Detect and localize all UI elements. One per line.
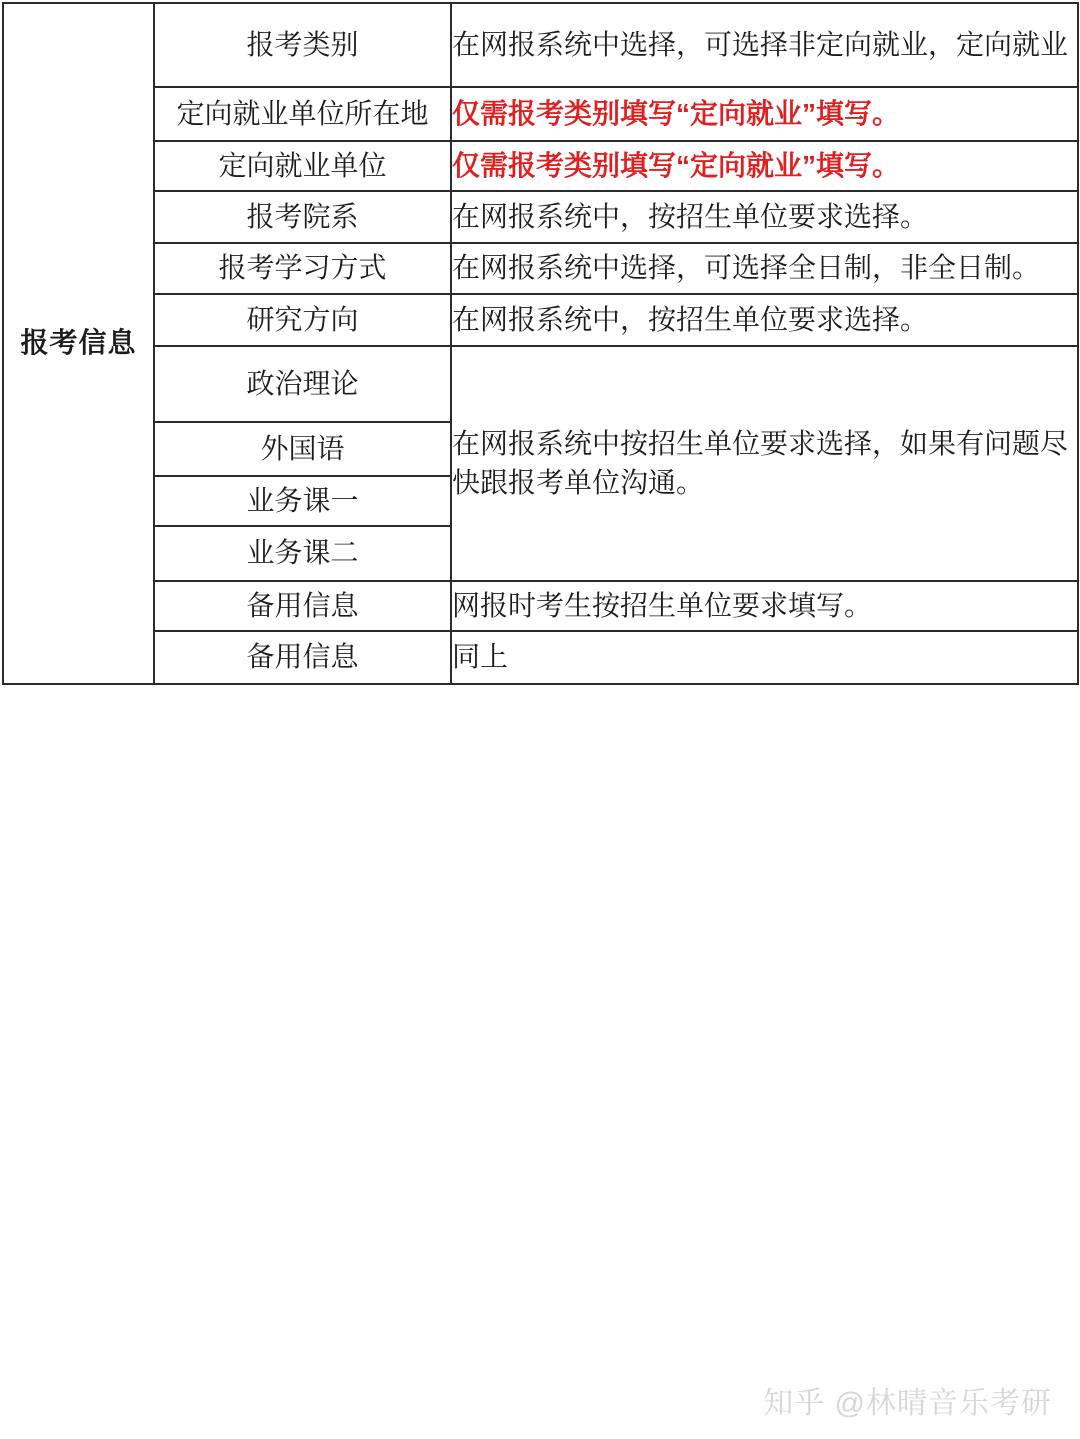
field-description: 网报时考生按招生单位要求填写。: [451, 581, 1078, 631]
registration-info-table: 报考信息 报考类别 在网报系统中选择，可选择非定向就业，定向就业 定向就业单位所…: [2, 2, 1079, 685]
table-row: 定向就业单位 仅需报考类别填写“定向就业”填写。: [3, 141, 1078, 191]
field-description-merged: 在网报系统中按招生单位要求选择，如果有问题尽快跟报考单位沟通。: [451, 346, 1078, 581]
table-row: 报考信息 报考类别 在网报系统中选择，可选择非定向就业，定向就业: [3, 3, 1078, 87]
field-label: 业务课一: [154, 476, 451, 526]
field-label: 定向就业单位所在地: [154, 87, 451, 141]
field-description: 同上: [451, 631, 1078, 684]
field-description-red: 仅需报考类别填写“定向就业”填写。: [451, 87, 1078, 141]
field-label: 报考学习方式: [154, 243, 451, 294]
field-description: 在网报系统中选择，可选择非定向就业，定向就业: [451, 3, 1078, 87]
table-row: 备用信息 网报时考生按招生单位要求填写。: [3, 581, 1078, 631]
field-label: 报考类别: [154, 3, 451, 87]
field-label: 外国语: [154, 422, 451, 476]
field-label: 备用信息: [154, 581, 451, 631]
field-label: 备用信息: [154, 631, 451, 684]
field-description: 在网报系统中选择，可选择全日制，非全日制。: [451, 243, 1078, 294]
table-row: 报考院系 在网报系统中，按招生单位要求选择。: [3, 191, 1078, 243]
field-label: 报考院系: [154, 191, 451, 243]
field-description-red: 仅需报考类别填写“定向就业”填写。: [451, 141, 1078, 191]
row-group-header: 报考信息: [3, 3, 154, 684]
field-label: 定向就业单位: [154, 141, 451, 191]
table-row: 政治理论 在网报系统中按招生单位要求选择，如果有问题尽快跟报考单位沟通。: [3, 346, 1078, 422]
zhihu-watermark: 知乎 @林晴音乐考研: [763, 1378, 1052, 1422]
table-row: 备用信息 同上: [3, 631, 1078, 684]
field-label: 业务课二: [154, 526, 451, 581]
table-row: 定向就业单位所在地 仅需报考类别填写“定向就业”填写。: [3, 87, 1078, 141]
page: 报考信息 报考类别 在网报系统中选择，可选择非定向就业，定向就业 定向就业单位所…: [0, 0, 1080, 1439]
table-row: 报考学习方式 在网报系统中选择，可选择全日制，非全日制。: [3, 243, 1078, 294]
field-label: 政治理论: [154, 346, 451, 422]
field-label: 研究方向: [154, 294, 451, 346]
table-row: 研究方向 在网报系统中，按招生单位要求选择。: [3, 294, 1078, 346]
field-description: 在网报系统中，按招生单位要求选择。: [451, 294, 1078, 346]
field-description: 在网报系统中，按招生单位要求选择。: [451, 191, 1078, 243]
